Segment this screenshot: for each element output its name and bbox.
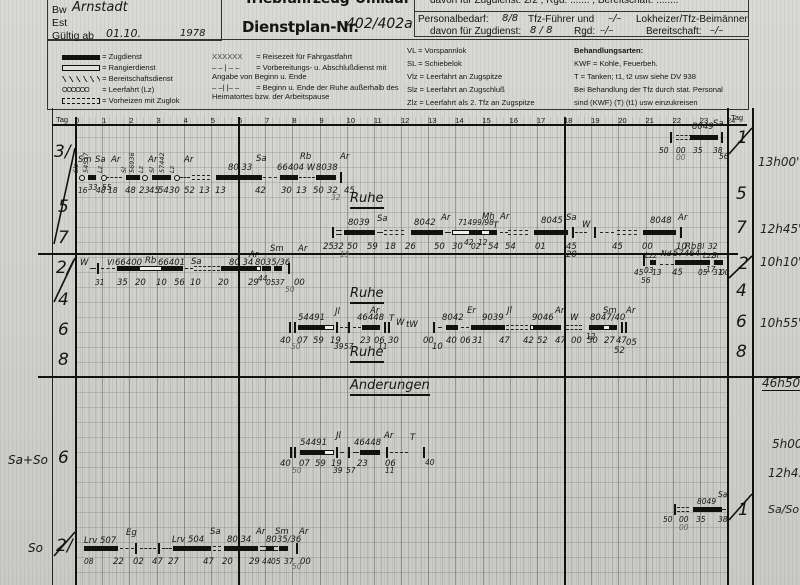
duty-label: Ar: [370, 306, 379, 316]
duty-label: 00: [294, 278, 305, 288]
time-marker: [294, 447, 296, 458]
row-gridline: [75, 497, 727, 498]
train-service-bar: [279, 546, 288, 551]
day-slash-1: [727, 126, 754, 156]
treatment-title: Behandlungsarten:: [574, 46, 643, 55]
time-marker: [336, 322, 338, 333]
duty-label: 8049: [697, 497, 716, 506]
time-marker: [670, 132, 672, 143]
duty-label: 18: [108, 186, 118, 195]
hour-label: 6: [238, 116, 242, 125]
hour-gridline: [483, 117, 484, 585]
train-service-bar: [675, 260, 710, 265]
row-gridline: [75, 137, 727, 138]
quarter-gridline: [516, 117, 517, 585]
train-service-bar: [650, 260, 656, 265]
section-aenderungen: Änderungen: [350, 378, 430, 396]
duty-label: 8048: [650, 216, 672, 226]
rgd-value: –/–: [600, 25, 613, 36]
connector-line: [353, 452, 359, 453]
hour-gridline: [646, 117, 647, 585]
zugdienst-value: 8 / 8: [530, 25, 552, 36]
duty-label: 11: [378, 342, 388, 351]
duty-label: 59: [315, 459, 326, 469]
duty-label: 9046: [532, 313, 554, 323]
prep-symbol: – – | – –: [212, 63, 254, 72]
duty-label: 47: [499, 336, 510, 346]
duty-label: 23: [357, 459, 368, 469]
duty-label: 56: [641, 276, 651, 285]
row-gridline: [75, 482, 727, 483]
time-marker: [135, 543, 137, 554]
duty-label: 39: [334, 342, 344, 351]
quarter-gridline: [530, 117, 531, 585]
hour-label: 10: [347, 116, 355, 125]
train-service-bar: [690, 135, 718, 140]
duty-label: Rb: [300, 152, 311, 162]
duty-label: Ar: [678, 213, 687, 223]
duty-label: Ar: [500, 212, 509, 222]
duty-label: 20: [135, 278, 146, 288]
quarter-gridline: [476, 117, 477, 585]
duty-label: 50: [292, 562, 302, 571]
plan-number: 402/402a: [346, 16, 413, 32]
duty-label: 8035/36: [266, 535, 301, 545]
duty-label: 30: [388, 336, 399, 346]
quarter-gridline: [394, 117, 395, 585]
time-marker: [332, 227, 334, 238]
hour-label: 20: [618, 116, 626, 125]
duty-label: 00: [571, 336, 582, 346]
duty-label: Jl: [335, 307, 340, 317]
rgd-label: Rgd:: [574, 26, 595, 37]
hour-label: 16: [510, 116, 518, 125]
legend-label: = Rangierdienst: [102, 63, 155, 72]
bw-label: Bw: [52, 4, 67, 16]
duty-label: 48: [125, 186, 136, 196]
treatment-2: Bei Behandlung der Tfz durch stat. Perso…: [574, 85, 723, 94]
quarter-gridline: [449, 117, 450, 585]
hour-gridline: [292, 117, 293, 585]
note-5h00: 5h00: [772, 437, 800, 451]
quarter-gridline: [598, 117, 599, 585]
shunting-service-bar: [324, 325, 334, 330]
duty-label: Vl: [107, 258, 114, 267]
preheat-line: [677, 507, 689, 512]
quarter-gridline: [632, 117, 633, 585]
train-service-bar: [360, 450, 380, 455]
duty-label: 13: [215, 186, 226, 196]
shunting-service-symbol: [62, 65, 100, 71]
personal-label: Personalbedarf:: [418, 14, 489, 25]
preheat-line: [617, 230, 637, 235]
hour-gridline: [510, 117, 511, 585]
duty-label: Ar: [626, 306, 635, 316]
train-service-bar: [224, 546, 258, 551]
preheat-line: [566, 325, 582, 330]
row-gridline: [75, 197, 727, 198]
preheat-line: [192, 175, 210, 180]
train-service-symbol: [62, 55, 100, 60]
hour-gridline: [211, 117, 212, 585]
time-marker: [674, 504, 676, 515]
quarter-gridline: [421, 117, 422, 585]
row-gridline: [75, 527, 727, 528]
hour-label: 4: [184, 116, 188, 125]
duty-label: Ar: [111, 155, 120, 165]
duty-label: T: [493, 221, 498, 231]
train-service-bar: [316, 175, 336, 180]
quarter-gridline: [489, 117, 490, 585]
duty-label: 8045: [541, 216, 563, 226]
duty-label: Ar: [148, 155, 157, 165]
row-gridline: [75, 302, 727, 303]
quarter-gridline: [612, 117, 613, 585]
quarter-gridline: [625, 117, 626, 585]
duty-label: 57: [344, 342, 354, 351]
time-marker: [572, 227, 574, 238]
abbrev-0: VL = Vorspannlok: [407, 46, 466, 55]
treatment-0: KWF = Kohle, Feuerbeh.: [574, 59, 658, 68]
duty-label: Ar: [555, 306, 564, 316]
rest-symbol: – –| |– –: [212, 83, 254, 92]
legend-heat: = Vorheizen mit Zuglok: [62, 96, 180, 105]
duty-label: T: [389, 314, 394, 324]
duty-label: 40: [280, 459, 291, 469]
duty-label: Ar: [256, 527, 265, 537]
preheat-line: [384, 230, 404, 235]
row-gridline: [75, 152, 727, 153]
duty-label: 8039: [348, 218, 370, 228]
connector-line: [180, 177, 190, 178]
duty-label: Rb: [145, 256, 156, 266]
connector-line: [461, 327, 469, 328]
duty-label: 10: [432, 342, 443, 352]
quarter-gridline: [340, 117, 341, 585]
empty-run-symbol: OOOOOO: [62, 87, 100, 94]
duty-label: 50: [292, 466, 302, 475]
empty-run-circle: [174, 175, 180, 181]
hour-label: 9: [320, 116, 324, 125]
standby-service-symbol: [62, 76, 100, 82]
legend-train: = Zugdienst: [62, 52, 142, 61]
duty-label: 31: [95, 278, 105, 287]
row-gridline: [75, 467, 727, 468]
connector-line: [445, 232, 451, 233]
legend-label: = Reisezeit für Fahrgastfahrt: [256, 52, 352, 61]
quarter-gridline: [279, 117, 280, 585]
duty-label: Eg: [126, 528, 137, 538]
legend-rest: – –| |– – = Beginn u. Ende der Ruhe auße…: [212, 83, 412, 101]
title-top: Triebfahrzeug-Umlauf: [244, 0, 409, 7]
duty-label: 01: [535, 242, 546, 252]
quarter-gridline: [123, 117, 124, 585]
day-slash-3: [727, 492, 754, 522]
duty-label: 57442: [158, 152, 166, 173]
duty-label: 57464: [673, 249, 700, 259]
duty-label: 29: [249, 557, 260, 567]
train-service-bar: [280, 175, 298, 180]
duty-label: 54517: [82, 152, 90, 173]
day-slash-left-3: [52, 530, 77, 558]
empty-run-circle: [79, 175, 85, 181]
shunting-service-bar: [324, 450, 334, 455]
train-service-bar: [589, 325, 604, 330]
duty-label: 35: [117, 278, 128, 288]
duty-label: 8049: [692, 122, 714, 132]
row-gridline: [75, 572, 727, 573]
train-service-bar: [609, 325, 617, 330]
empty-run-circle: [142, 175, 148, 181]
legend-label: = Bereitschaftsdienst: [102, 74, 173, 83]
valid-year: 1978: [180, 28, 205, 39]
duty-label: Lrv 504: [172, 535, 204, 545]
connector-line: [299, 177, 315, 178]
duty-label: 00: [720, 268, 730, 277]
duty-label: 52: [614, 346, 625, 356]
train-service-bar: [152, 175, 171, 180]
duty-label: 31: [472, 336, 483, 346]
hour-label: 2: [129, 116, 133, 125]
duty-label: 32: [708, 242, 718, 251]
duty-label: 47: [152, 557, 163, 567]
duty-label: 30: [169, 186, 180, 196]
train-service-bar: [446, 325, 458, 330]
row-gridline: [75, 182, 727, 183]
bereitschaft-value: –/–: [710, 25, 723, 36]
duty-label: 27: [604, 336, 615, 346]
note-sa-so: Sa/So: [768, 503, 799, 516]
quarter-gridline: [713, 117, 714, 585]
personal-value: 8/8: [502, 13, 518, 24]
duty-label: W: [582, 220, 590, 230]
hour-label: 13: [428, 116, 436, 125]
hour-label: 22: [673, 116, 681, 125]
legend-label: = Leerfahrt (Lz): [102, 85, 154, 94]
duty-label: Ar: [340, 152, 349, 162]
duty-label: 50: [434, 242, 445, 252]
time-marker: [384, 322, 386, 333]
connector-line: [390, 452, 408, 453]
duty-label: 13: [296, 186, 307, 196]
duty-label: 20: [222, 557, 233, 567]
duty-label: Jl: [507, 306, 512, 316]
section-ruhe-2: Ruhe: [350, 286, 384, 304]
duty-label: W: [80, 258, 88, 268]
zugdienst-label: davon für Zugdienst:: [430, 26, 521, 37]
quarter-gridline: [231, 117, 232, 585]
train-service-bar: [469, 230, 481, 235]
duty-label: Ar: [384, 431, 393, 441]
duty-label: Sa: [566, 213, 577, 223]
connector-line: [353, 327, 361, 328]
train-service-bar: [534, 230, 568, 235]
duty-label: Jl: [336, 431, 341, 441]
duty-label: 8035/36: [255, 258, 290, 268]
abbrev-3: Slz = Leerfahrt an Zugschluß: [407, 85, 505, 94]
scanned-document: Bw Arnstadt Est Gültig ab 01.10. 1978 Tr…: [0, 0, 800, 585]
connector-line: [162, 548, 172, 549]
time-marker: [290, 447, 292, 458]
connector-line: [101, 268, 115, 269]
duty-label: 30: [281, 186, 292, 196]
duty-label: T: [410, 433, 415, 443]
preheat-line: [336, 230, 342, 235]
quarter-gridline: [639, 117, 640, 585]
duty-label: 9039: [482, 313, 504, 323]
legend-label: = Vorheizen mit Zuglok: [102, 96, 179, 105]
duty-label: 45: [344, 186, 355, 196]
preheat-symbol: [62, 98, 100, 104]
duty-label: 8042: [442, 313, 464, 323]
time-marker: [294, 322, 296, 333]
train-service-bar: [533, 325, 561, 330]
duty-label: 46448: [354, 438, 381, 448]
time-marker: [158, 543, 160, 554]
duty-label: Lz: [137, 166, 145, 173]
row-gridline: [75, 242, 727, 243]
block-rule-1: [38, 253, 738, 255]
duty-label: 10: [190, 278, 201, 288]
preheat-line: [274, 546, 278, 551]
duty-label: 12: [478, 238, 488, 247]
duty-label: 54491: [300, 438, 327, 448]
hour-label: 14: [455, 116, 463, 125]
duty-label: 37: [275, 278, 285, 287]
hour-label: 7: [265, 116, 269, 125]
empty-run-circle: [101, 175, 107, 181]
duty-label: Sa: [718, 490, 727, 499]
time-marker: [423, 447, 425, 458]
right-day-6: 6: [736, 312, 747, 332]
right-day-7: 7: [736, 218, 747, 238]
duty-label: 12: [586, 332, 596, 341]
duty-label: Ar: [298, 244, 307, 254]
hour-label: 21: [646, 116, 654, 125]
connector-line: [660, 264, 674, 265]
duty-label: 00: [676, 153, 686, 162]
train-service-bar: [411, 230, 443, 235]
duty-label: 54491: [298, 313, 325, 323]
quarter-gridline: [469, 117, 470, 585]
duty-label: W: [570, 313, 578, 323]
preheat-line: [508, 230, 528, 235]
quarter-gridline: [387, 117, 388, 585]
duty-label: W: [396, 318, 404, 328]
connector-line: [438, 327, 442, 328]
duty-label: 40: [446, 336, 457, 346]
quarter-gridline: [707, 117, 708, 585]
duty-label: 18: [385, 242, 396, 252]
treatment-3: sind (KWF) (T) (t1) usw einzukreisen: [574, 98, 698, 107]
duty-label: 13: [652, 268, 662, 277]
train-service-bar: [643, 230, 676, 235]
legend-prep: – – | – – = Vorbereitungs- u. Abschlußdi…: [212, 63, 412, 81]
time-marker: [594, 227, 596, 238]
quarter-gridline: [659, 117, 660, 585]
duty-label: Lrv 507: [84, 536, 116, 546]
duty-label: Sa: [713, 119, 724, 129]
duty-label: 50: [313, 186, 324, 196]
connector-line: [263, 177, 277, 178]
connector-line: [722, 509, 726, 510]
quarter-gridline: [415, 117, 416, 585]
duty-label: 32: [331, 193, 341, 202]
hour-label: 3: [157, 116, 161, 125]
top-row-text: davon für Zugdienst: 2/2 , Rgd: ....... …: [430, 0, 678, 6]
duty-label: 50: [285, 285, 295, 294]
time-marker: [680, 227, 682, 238]
duty-label: 50: [291, 342, 301, 351]
duty-label: Sa: [210, 527, 221, 537]
quarter-gridline: [605, 117, 606, 585]
quarter-gridline: [693, 117, 694, 585]
duty-label: 59: [313, 336, 324, 346]
left-day-6: 6: [58, 320, 69, 340]
day-slash-2: [727, 254, 754, 280]
duty-label: 13: [199, 186, 210, 196]
note-46h50: 46h50: [762, 376, 800, 391]
quarter-gridline: [652, 117, 653, 585]
duty-label: 40: [280, 336, 291, 346]
time-marker: [336, 447, 338, 458]
duty-label: 27: [168, 557, 179, 567]
hour-label: 5: [211, 116, 215, 125]
duty-label: 26: [405, 242, 416, 252]
duty-label: Ar: [441, 213, 450, 223]
duty-label: 66404 W: [277, 163, 315, 173]
quarter-gridline: [503, 117, 504, 585]
duty-label: 59: [367, 242, 378, 252]
legend-ready: = Bereitschaftsdienst: [62, 74, 173, 83]
duty-label: 54: [158, 186, 169, 196]
hour-label: 17: [537, 116, 545, 125]
train-service-bar: [362, 325, 380, 330]
duty-label: 22: [113, 557, 124, 567]
legend-shunt: = Rangierdienst: [62, 63, 156, 72]
train-service-bar: [126, 175, 140, 180]
quarter-gridline: [272, 117, 273, 585]
duty-label: 35: [693, 146, 703, 155]
duty-label: 11: [385, 466, 395, 475]
duty-label: Sl: [120, 167, 128, 173]
duty-label: Nd: [661, 249, 671, 258]
train-service-bar: [84, 546, 118, 551]
duty-label: 52: [537, 336, 548, 346]
day-slash-left-2: [52, 254, 77, 304]
duty-label: Sr: [712, 251, 720, 260]
duty-label: Lz: [96, 166, 104, 173]
travel-symbol: XXXXXX: [212, 52, 254, 61]
quarter-gridline: [550, 117, 551, 585]
duty-label: Sa: [95, 155, 106, 165]
row-gridline: [75, 332, 727, 333]
time-marker: [621, 322, 623, 333]
hour-gridline: [564, 117, 566, 585]
duty-label: 54: [488, 242, 499, 252]
duty-label: 66400: [115, 258, 142, 268]
duty-label: 47: [203, 557, 214, 567]
train-service-bar: [266, 546, 274, 551]
duty-label: 45: [612, 242, 623, 252]
quarter-gridline: [571, 117, 572, 585]
train-service-bar: [471, 325, 505, 330]
connector-line: [500, 232, 508, 233]
duty-label: Sm: [603, 306, 617, 316]
legend-travel: XXXXXX = Reisezeit für Fahrgastfahrt: [212, 52, 352, 61]
hour-label: 8: [292, 116, 296, 125]
duty-label: 56936: [128, 152, 136, 173]
